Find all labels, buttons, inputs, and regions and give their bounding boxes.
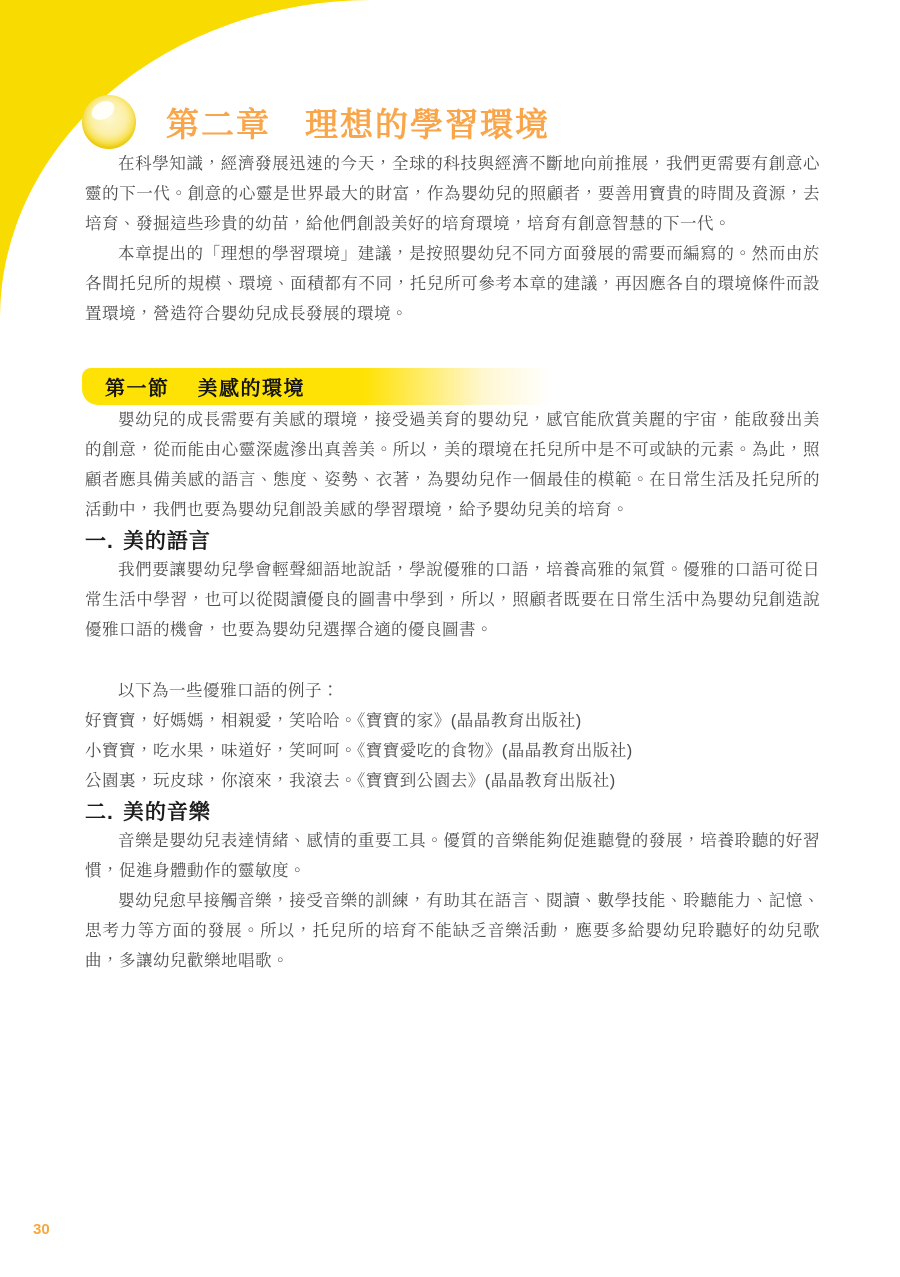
examples-block: 以下為一些優雅口語的例子： 好寶寶，好媽媽，相親愛，笑哈哈。《寶寶的家》(晶晶教… bbox=[85, 676, 820, 796]
example-line-3: 公園裏，玩皮球，你滾來，我滾去。《寶寶到公園去》(晶晶教育出版社) bbox=[85, 766, 820, 796]
subsection-heading-music: 二. 美的音樂 bbox=[85, 796, 820, 826]
music-paragraph-2: 嬰幼兒愈早接觸音樂，接受音樂的訓練，有助其在語言、閱讀、數學技能、聆聽能力、記憶… bbox=[85, 886, 820, 976]
page-number: 30 bbox=[33, 1221, 50, 1238]
chapter-header: 第二章理想的學習環境 bbox=[82, 0, 900, 149]
intro-paragraph-1: 在科學知識，經濟發展迅速的今天，全球的科技與經濟不斷地向前推展，我們更需要有創意… bbox=[85, 149, 820, 239]
chapter-ball-icon bbox=[82, 95, 136, 149]
chapter-title-text: 理想的學習環境 bbox=[305, 106, 550, 143]
document-page: { "page_number": "30", "chapter": { "lab… bbox=[0, 0, 900, 1277]
intro-paragraph-2: 本章提出的「理想的學習環境」建議，是按照嬰幼兒不同方面發展的需要而編寫的。然而由… bbox=[85, 239, 820, 329]
subsection-heading-language: 一. 美的語言 bbox=[85, 525, 820, 555]
page-sheet: 第二章理想的學習環境 在科學知識，經濟發展迅速的今天，全球的科技與經濟不斷地向前… bbox=[0, 0, 900, 1277]
examples-intro: 以下為一些優雅口語的例子： bbox=[85, 676, 820, 706]
subsection-number: 一. bbox=[85, 525, 114, 555]
section-heading-bar: 第一節 美感的環境 bbox=[82, 368, 827, 405]
section-title: 美感的環境 bbox=[198, 372, 306, 401]
music-paragraph-1: 音樂是嬰幼兒表達情緒、感情的重要工具。優質的音樂能夠促進聽覺的發展，培養聆聽的好… bbox=[85, 826, 820, 886]
chapter-title: 第二章理想的學習環境 bbox=[166, 99, 550, 146]
chapter-label: 第二章 bbox=[166, 106, 271, 143]
subsection-title: 美的音樂 bbox=[123, 796, 211, 826]
section-paragraph: 嬰幼兒的成長需要有美感的環境，接受過美育的嬰幼兒，感官能欣賞美麗的宇宙，能啟發出… bbox=[85, 405, 820, 525]
example-line-1: 好寶寶，好媽媽，相親愛，笑哈哈。《寶寶的家》(晶晶教育出版社) bbox=[85, 706, 820, 736]
main-content: 在科學知識，經濟發展迅速的今天，全球的科技與經濟不斷地向前推展，我們更需要有創意… bbox=[0, 149, 900, 976]
subsection-title: 美的語言 bbox=[123, 525, 211, 555]
language-paragraph: 我們要讓嬰幼兒學會輕聲細語地說話，學說優雅的口語，培養高雅的氣質。優雅的口語可從… bbox=[85, 555, 820, 645]
section-label: 第一節 bbox=[105, 372, 170, 401]
subsection-number: 二. bbox=[85, 796, 114, 826]
example-line-2: 小寶寶，吃水果，味道好，笑呵呵。《寶寶愛吃的食物》(晶晶教育出版社) bbox=[85, 736, 820, 766]
